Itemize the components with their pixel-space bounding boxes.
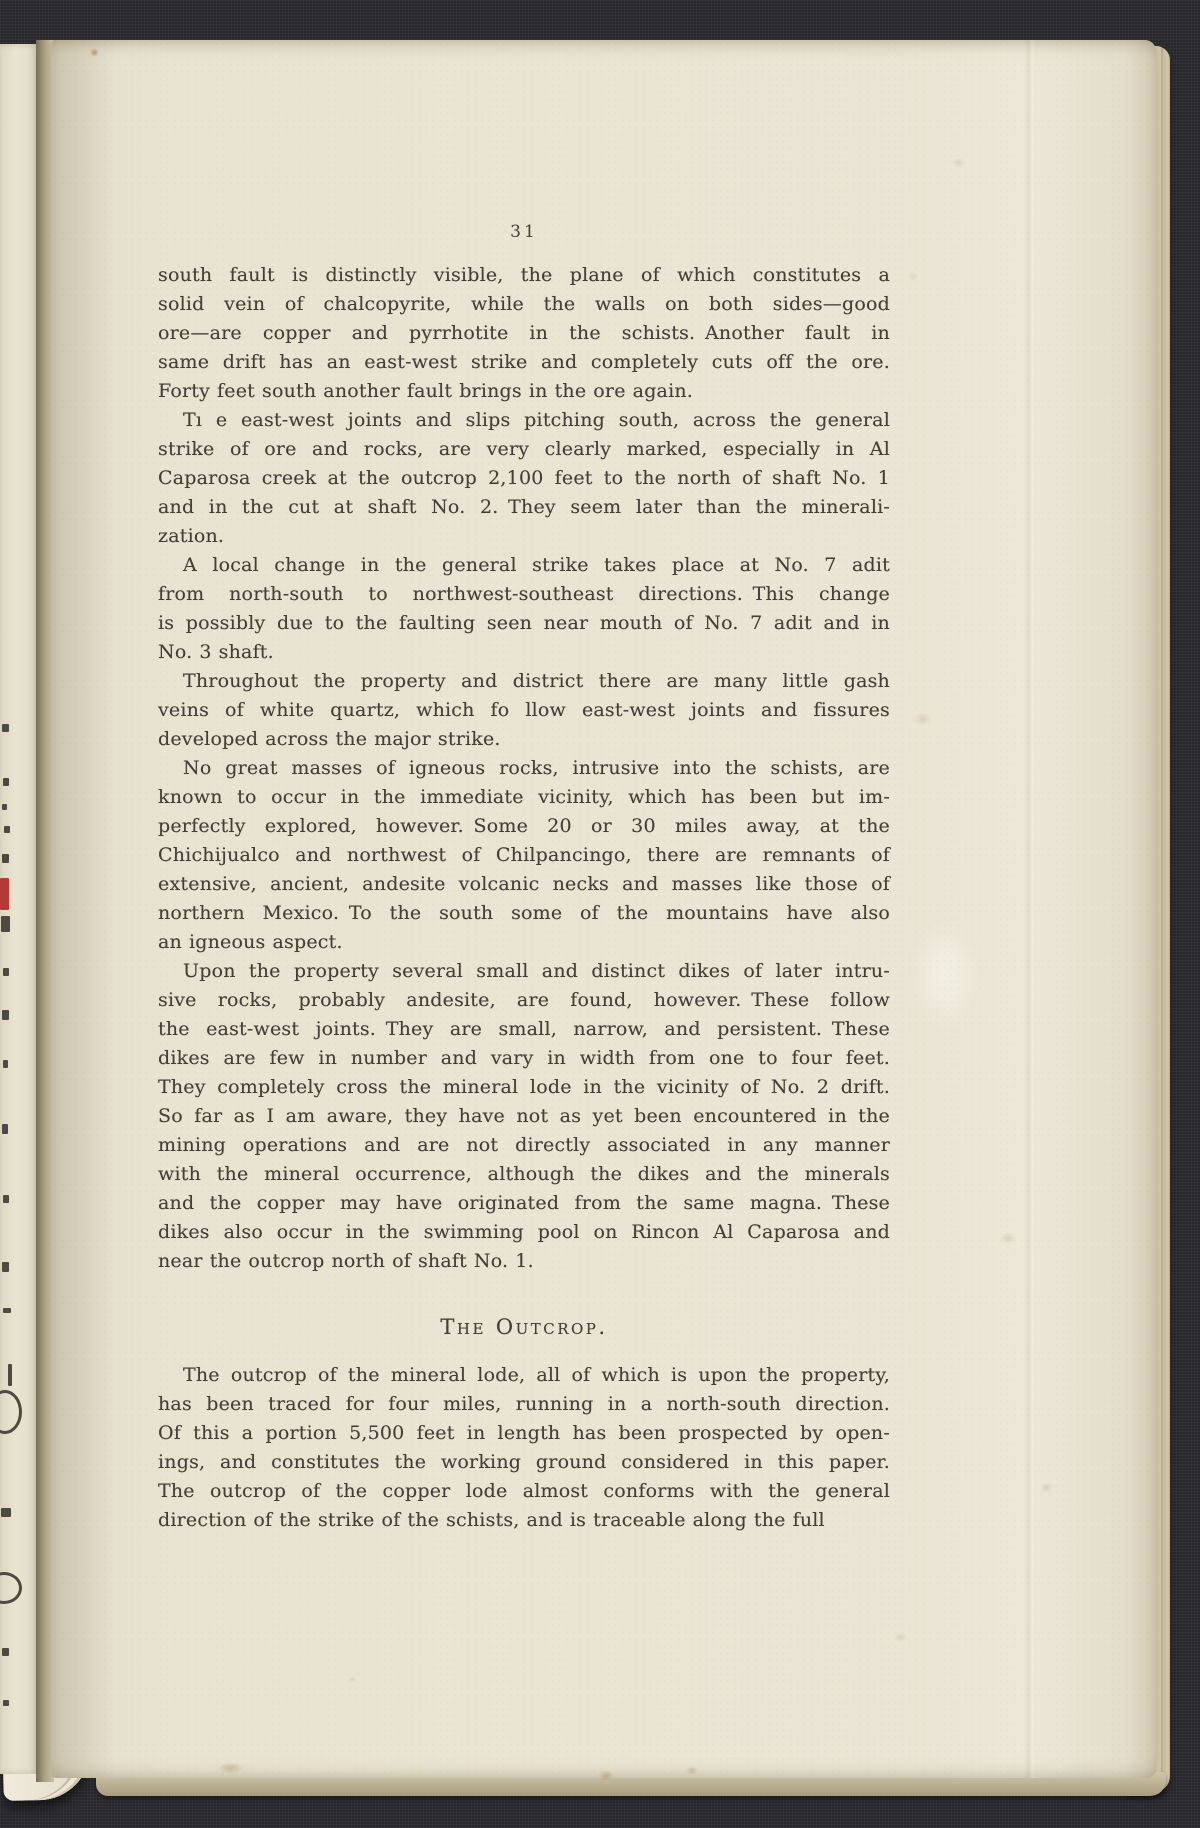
- book-scan: 31 south fault is distinctly visible, th…: [0, 0, 1200, 1828]
- text-line: No. 3 shaft.: [158, 638, 890, 667]
- edge-mark: [4, 826, 10, 833]
- text-line: an igneous aspect.: [158, 928, 890, 957]
- text-line: near the outcrop north of shaft No. 1.: [158, 1247, 890, 1276]
- red-edge-mark: [0, 878, 9, 910]
- paragraph: south fault is distinctly visible, the p…: [158, 261, 890, 406]
- edge-mark: [3, 968, 9, 976]
- text-line: northern Mexico. To the south some of th…: [158, 899, 890, 928]
- text-line: known to occur in the immediate vicinity…: [158, 783, 890, 812]
- stain-spot: [894, 1632, 907, 1642]
- paragraph: Upon the property several small and dist…: [158, 957, 890, 1276]
- text-line: mining operations and are not directly a…: [158, 1131, 890, 1160]
- edge-mark: [0, 1390, 22, 1434]
- text-line: the east-west joints. They are small, na…: [158, 1015, 890, 1044]
- edge-mark: [3, 1195, 9, 1203]
- text-line: extensive, ancient, andesite volcanic ne…: [158, 870, 890, 899]
- stain-spot: [90, 48, 99, 57]
- paragraph: The outcrop of the mineral lode, all of …: [158, 1361, 890, 1535]
- text-line: The outcrop of the copper lode almost co…: [158, 1477, 890, 1506]
- stain-spot: [218, 1762, 244, 1774]
- edge-mark: [1, 1508, 11, 1517]
- text-line: Forty feet south another fault brings in…: [158, 377, 890, 406]
- edge-mark: [8, 1364, 12, 1386]
- edge-mark: [3, 1060, 8, 1068]
- text-line: Of this a portion 5,500 feet in length h…: [158, 1419, 890, 1448]
- text-line: is possibly due to the faulting seen nea…: [158, 609, 890, 638]
- text-line: So far as I am aware, they have not as y…: [158, 1102, 890, 1131]
- text-line: Caparosa creek at the outcrop 2,100 feet…: [158, 464, 890, 493]
- paragraph: A local change in the general strike tak…: [158, 551, 890, 667]
- edge-mark: [2, 1648, 9, 1656]
- text-line: solid vein of chalcopyrite, while the wa…: [158, 290, 890, 319]
- text-line: from north-south to northwest-southeast …: [158, 580, 890, 609]
- text-line: Throughout the property and district the…: [158, 667, 890, 696]
- text-line: zation.: [158, 522, 890, 551]
- edge-mark: [0, 1572, 22, 1604]
- stain-spot: [1040, 1482, 1053, 1493]
- edge-mark: [2, 854, 9, 863]
- text-line: same drift has an east-west strike and c…: [158, 348, 890, 377]
- previous-page-edge: [0, 44, 38, 1774]
- text-line: ings, and constitutes the working ground…: [158, 1448, 890, 1477]
- stain-spot: [914, 712, 932, 726]
- text-block: south fault is distinctly visible, the p…: [158, 261, 890, 1535]
- text-line: Chichijualco and northwest of Chilpancin…: [158, 841, 890, 870]
- text-line: strike of ore and rocks, are very clearl…: [158, 435, 890, 464]
- stain-spot: [348, 1676, 357, 1683]
- text-line: and the copper may have originated from …: [158, 1189, 890, 1218]
- text-line: dikes are few in number and vary in widt…: [158, 1044, 890, 1073]
- text-line: sive rocks, probably andesite, are found…: [158, 986, 890, 1015]
- edge-mark: [3, 1700, 9, 1706]
- edge-mark: [3, 1308, 11, 1313]
- text-line: No great masses of igneous rocks, intrus…: [158, 754, 890, 783]
- section-heading: The Outcrop.: [158, 1313, 890, 1342]
- stain-spot: [952, 158, 965, 168]
- text-line: They completely cross the mineral lode i…: [158, 1073, 890, 1102]
- edge-mark: [2, 1010, 9, 1020]
- text-line: direction of the strike of the schists, …: [158, 1506, 890, 1535]
- text-line: dikes also occur in the swimming pool on…: [158, 1218, 890, 1247]
- text-line: ore—are copper and pyrrhotite in the sch…: [158, 319, 890, 348]
- page-fold-line: [1024, 40, 1036, 1778]
- paragraph: No great masses of igneous rocks, intrus…: [158, 754, 890, 957]
- text-line: developed across the major strike.: [158, 725, 890, 754]
- stain-spot: [686, 1766, 698, 1775]
- text-line: The outcrop of the mineral lode, all of …: [158, 1361, 890, 1390]
- edge-mark: [2, 804, 7, 810]
- edge-mark: [1, 916, 10, 932]
- paragraph: Tı e east-west joints and slips pitching…: [158, 406, 890, 551]
- stain-spot: [910, 920, 980, 1030]
- text-line: Tı e east-west joints and slips pitching…: [158, 406, 890, 435]
- edge-mark: [2, 724, 9, 732]
- stain-spot: [1000, 1232, 1016, 1244]
- edge-mark: [2, 1262, 9, 1272]
- edge-mark: [2, 1124, 8, 1134]
- text-line: and in the cut at shaft No. 2. They seem…: [158, 493, 890, 522]
- text-line: perfectly explored, however. Some 20 or …: [158, 812, 890, 841]
- text-line: A local change in the general strike tak…: [158, 551, 890, 580]
- paragraph: Throughout the property and district the…: [158, 667, 890, 754]
- book-page: 31 south fault is distinctly visible, th…: [52, 40, 1156, 1778]
- text-line: veins of white quartz, which fo llow eas…: [158, 696, 890, 725]
- text-line: Upon the property several small and dist…: [158, 957, 890, 986]
- text-line: south fault is distinctly visible, the p…: [158, 261, 890, 290]
- text-line: has been traced for four miles, running …: [158, 1390, 890, 1419]
- text-line: with the mineral occurrence, although th…: [158, 1160, 890, 1189]
- stain-spot: [908, 272, 919, 281]
- page-number: 31: [158, 222, 890, 242]
- edge-mark: [3, 778, 9, 786]
